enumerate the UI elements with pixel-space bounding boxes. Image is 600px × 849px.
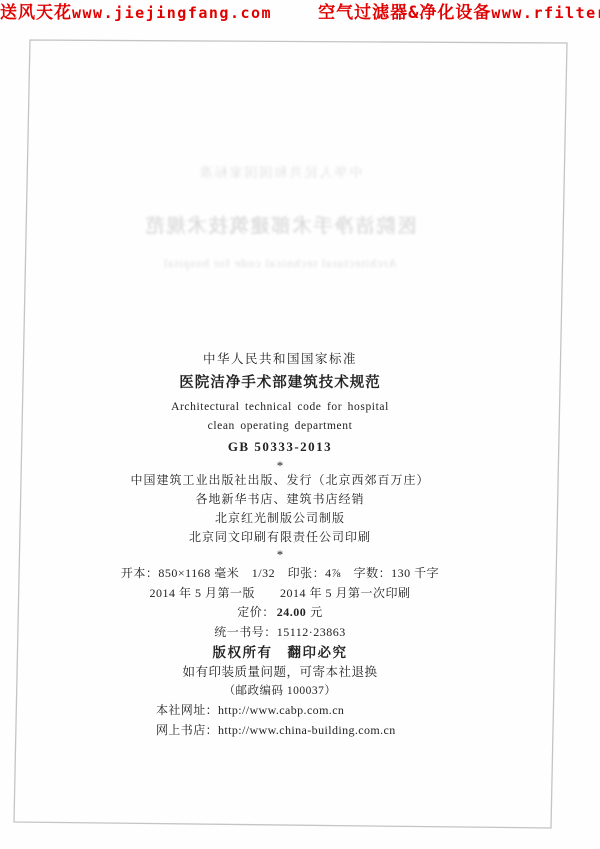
standard-number: GB 50333-2013 — [0, 436, 560, 458]
website-block: 本社网址：http://www.cabp.com.cn 网上书店：http://… — [156, 700, 560, 740]
publisher-line: 中国建筑工业出版社出版、发行（北京西郊百万庄） — [0, 471, 560, 490]
plate-maker-line: 北京红光制版公司制版 — [0, 509, 560, 528]
distributor-line: 各地新华书店、建筑书店经销 — [0, 490, 560, 509]
unified-book-number: 统一书号：15112·23863 — [0, 623, 560, 643]
scanned-colophon-page: 送风天花www.jiejingfang.com空气过滤器&净化设备www.rfi… — [0, 0, 600, 849]
edition-line: 2014 年 5 月第一版 2014 年 5 月第一次印刷 — [0, 584, 560, 604]
rights-notice: 版权所有 翻印必究 — [0, 642, 560, 663]
online-bookstore: 网上书店：http://www.china-building.com.cn — [156, 720, 560, 740]
price-label: 定价： — [237, 605, 275, 619]
title-english-line1: Architectural technical code for hospita… — [0, 397, 560, 417]
postal-code: （邮政编码 100037） — [0, 682, 560, 700]
section-divider-star: * — [0, 458, 560, 471]
format-specs-line: 开本：850×1168 毫米 1/32 印张：4⅞ 字数：130 千字 — [0, 564, 560, 584]
standard-label: 中华人民共和国国家标准 — [0, 349, 560, 370]
quality-return-note: 如有印装质量问题，可寄本社退换 — [0, 663, 560, 682]
price-unit: 元 — [310, 605, 323, 619]
publisher-website: 本社网址：http://www.cabp.com.cn — [156, 700, 560, 720]
colophon-content: 中华人民共和国国家标准 医院洁净手术部建筑技术规范 Architectural … — [0, 349, 560, 740]
title-chinese: 医院洁净手术部建筑技术规范 — [0, 370, 560, 397]
printer-line: 北京同文印刷有限责任公司印刷 — [0, 528, 560, 547]
title-english-line2: clean operating department — [0, 417, 560, 436]
section-divider-star: * — [0, 547, 560, 564]
price-line: 定价：24.00元 — [0, 603, 560, 623]
price-value: 24.00 — [277, 605, 307, 619]
